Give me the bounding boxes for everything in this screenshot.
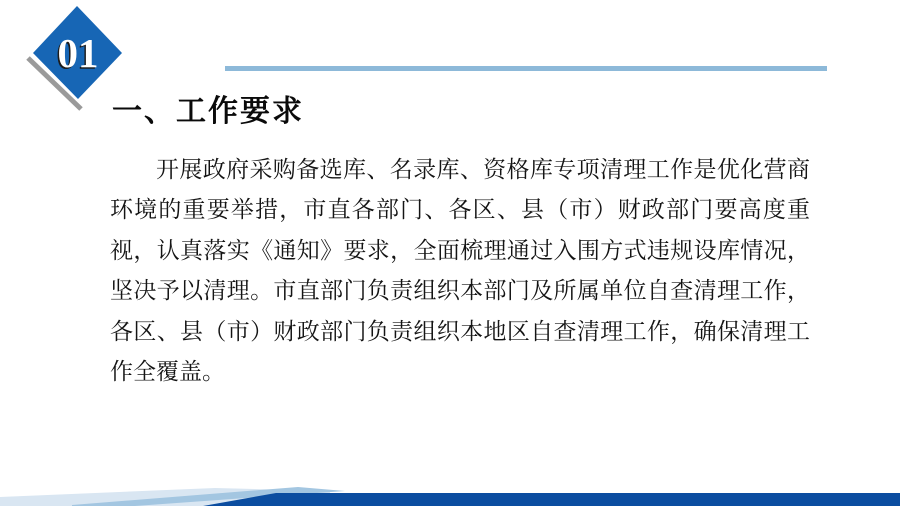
badge-number: 01 [58,30,99,76]
slide-title: 一、工作要求 [112,86,304,130]
footer-dark-bar [203,493,900,506]
slide-canvas: 01 01 一、工作要求 开展政府采购备选库、名录库、资格库专项清理工作是优化营… [0,0,900,506]
footer-decoration [0,480,900,506]
header-accent-line [225,66,827,71]
body-paragraph: 开展政府采购备选库、名录库、资格库专项清理工作是优化营商环境的重要举措，市直各部… [110,150,810,392]
